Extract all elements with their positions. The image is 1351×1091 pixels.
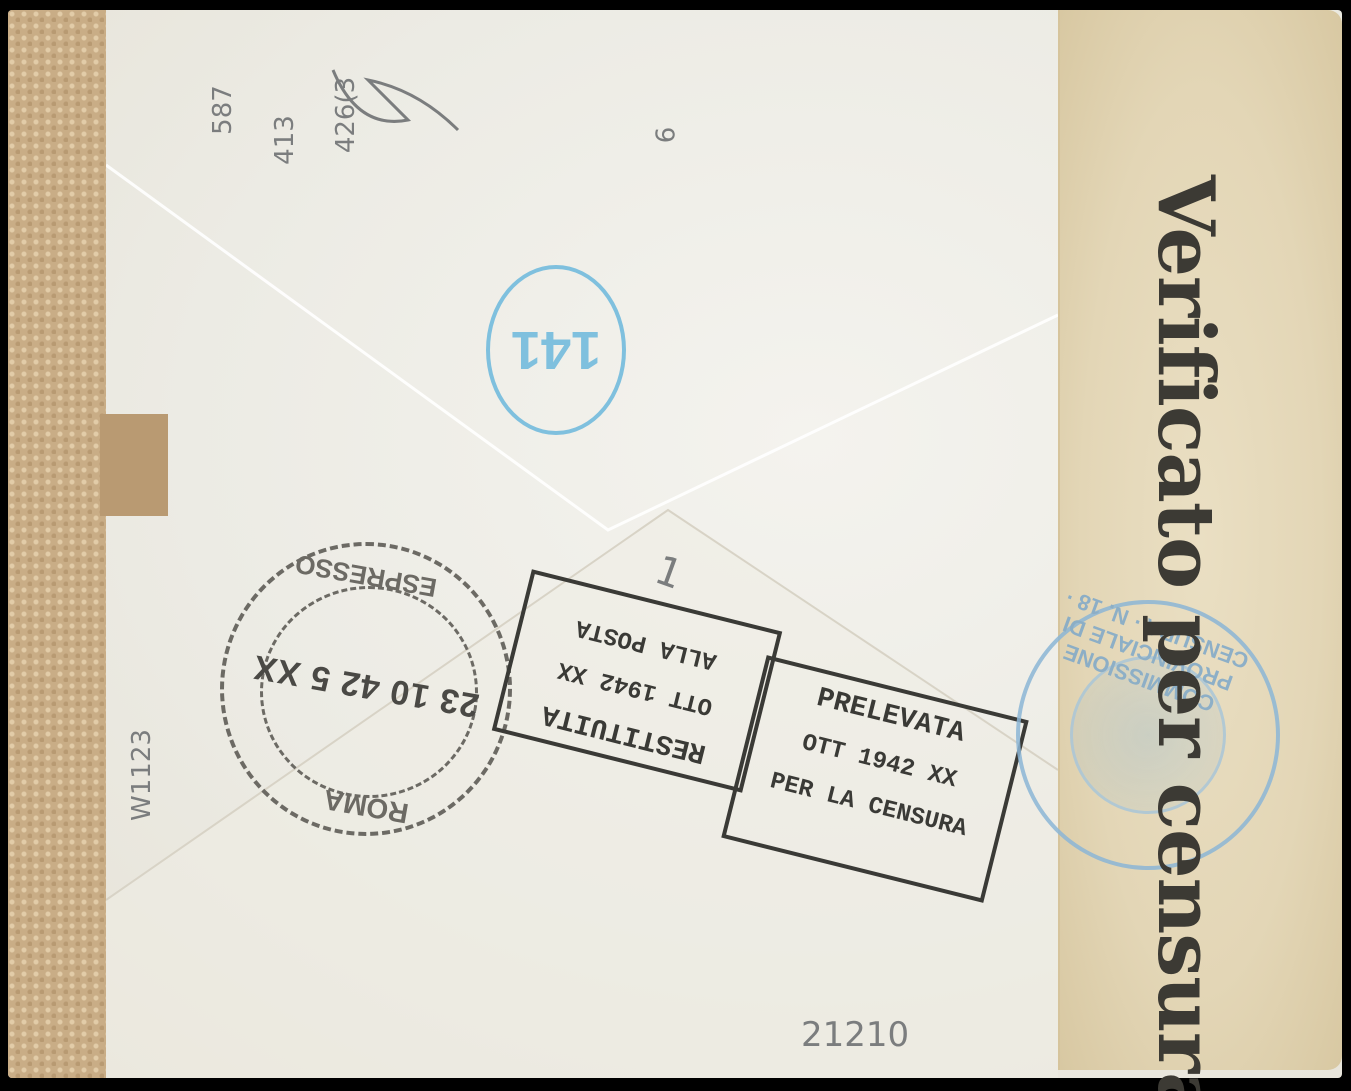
circle-stamp-number: 141 [511,319,601,381]
censor-tape-text: Verificato per censura [1125,175,1245,865]
pencil-swoosh-icon [328,60,468,140]
left-tape-strip [8,10,106,1078]
pencil-note-587: 587 [208,85,238,135]
pencil-note-6: 6 [651,127,681,144]
pencil-note-413: 413 [270,115,300,165]
pencil-note-w1123: W1123 [127,729,157,821]
pencil-note-21210: 21210 [801,1015,909,1055]
brown-tab [100,414,168,516]
circle-stamp-141: 141 [486,265,626,435]
roma-postmark: ESPRESSO 23 10 42 5 XX ROMA [220,542,512,836]
